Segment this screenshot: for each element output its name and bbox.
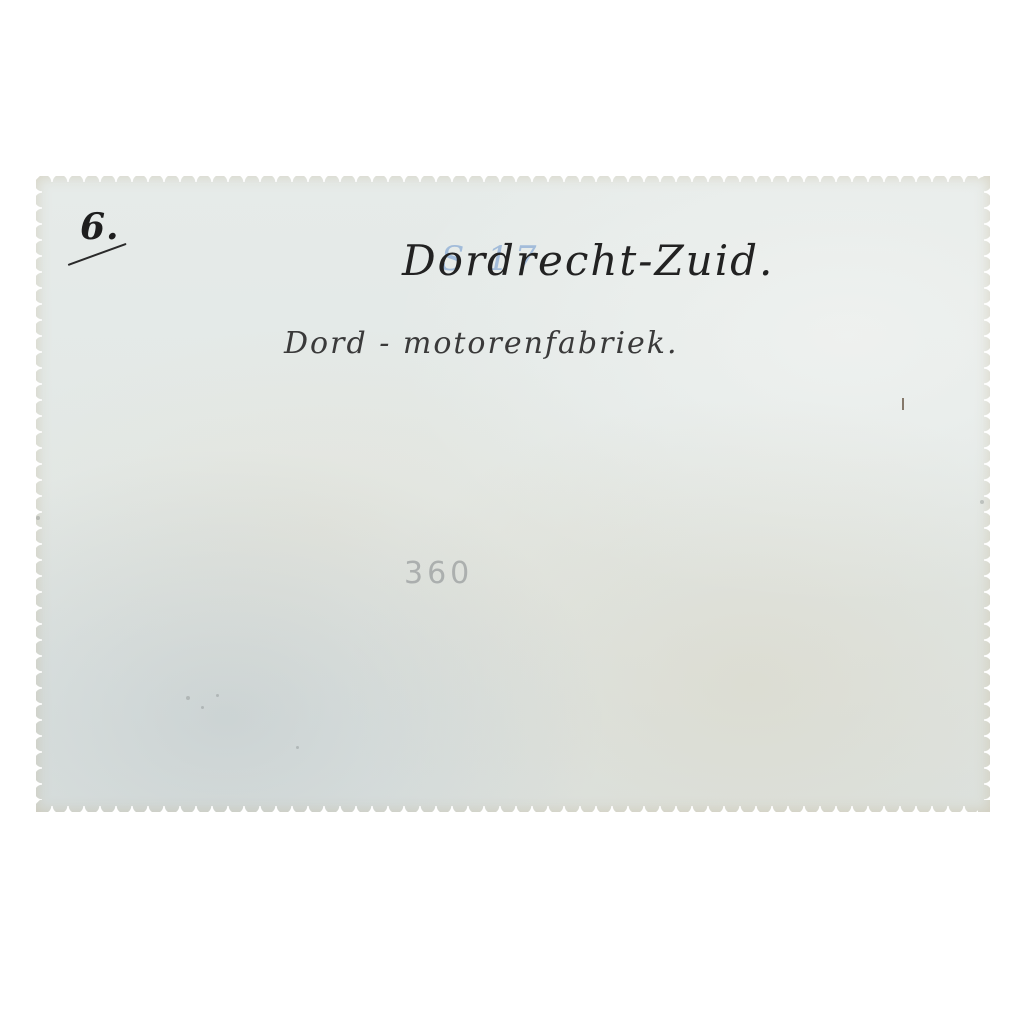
speckle (186, 696, 190, 700)
location-title: Dordrecht-Zuid. (402, 236, 774, 285)
pencil-number: 360 (404, 556, 473, 591)
speckle (296, 746, 299, 749)
index-number: 6. (80, 206, 120, 248)
speckle (36, 516, 40, 520)
speckle (216, 694, 219, 697)
speckle (201, 706, 204, 709)
photo-card-back: 6. S 17 Dordrecht-Zuid. Dord - motorenfa… (36, 176, 990, 812)
ink-mark (902, 398, 904, 410)
speckle (980, 500, 984, 504)
image-stage: 6. S 17 Dordrecht-Zuid. Dord - motorenfa… (0, 0, 1024, 1024)
location-subtitle: Dord - motorenfabriek. (284, 326, 679, 361)
